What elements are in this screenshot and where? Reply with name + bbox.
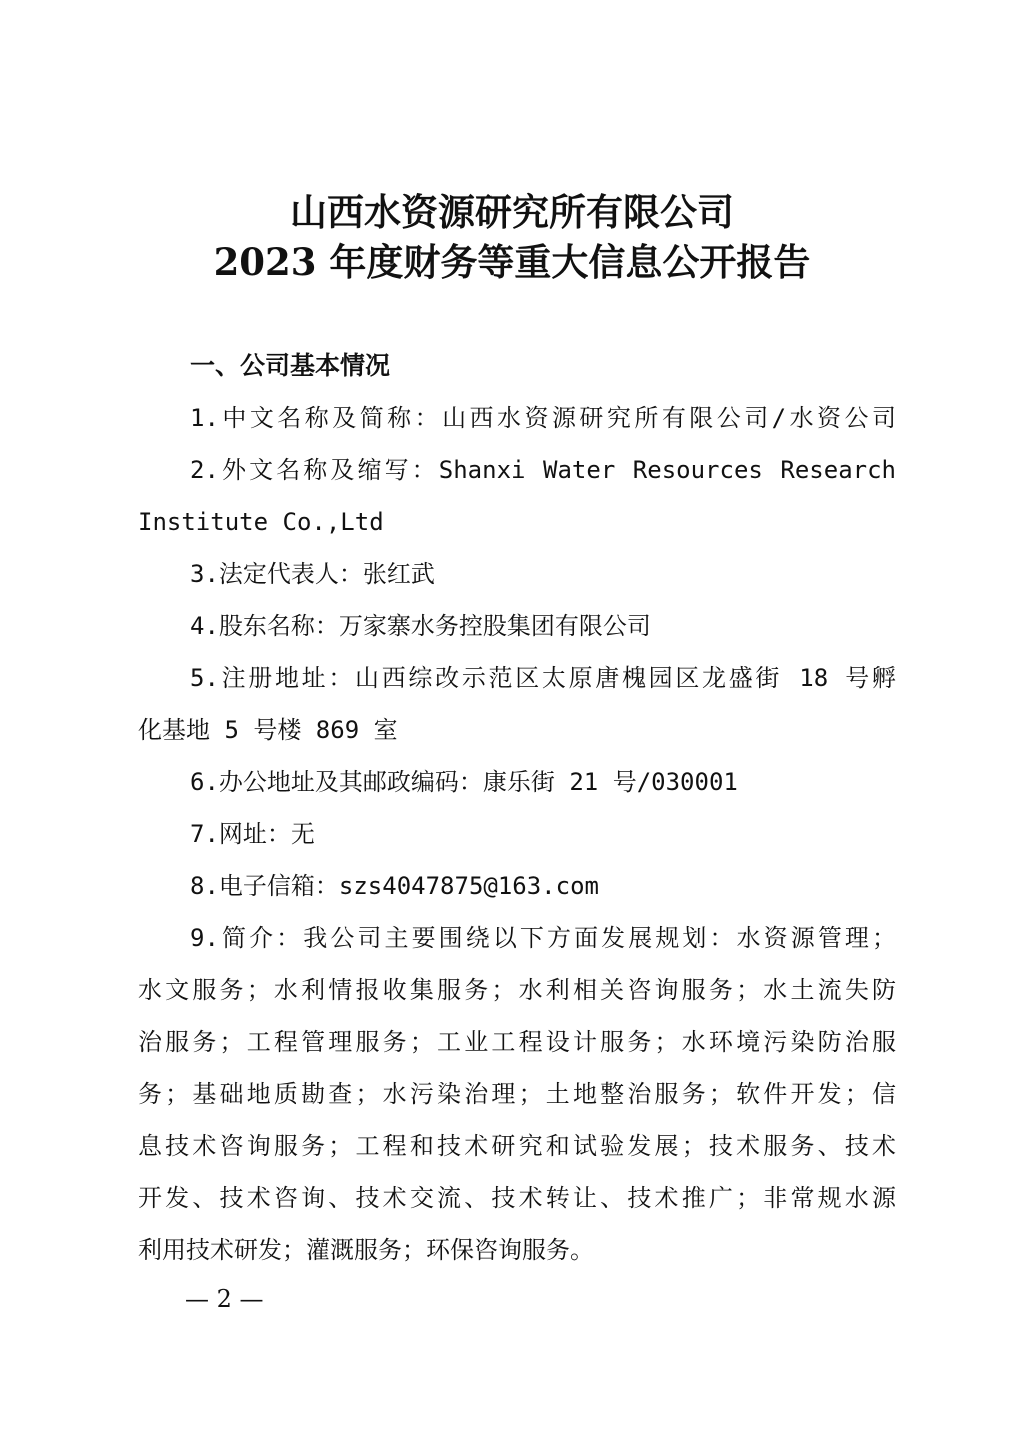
page-number: — 2 — (185, 1282, 264, 1316)
item-4-shareholder: 4.股东名称：万家寨水务控股集团有限公司 (190, 609, 651, 643)
item-5-registered-address-cont: 化基地 5 号楼 869 室 (138, 713, 398, 747)
document-title-line2: 2023 年度财务等重大信息公开报告 (0, 238, 1024, 286)
item-3-legal-rep: 3.法定代表人：张红武 (190, 557, 435, 591)
item-9-intro: 9.简介：我公司主要围绕以下方面发展规划：水资源管理； (190, 921, 896, 955)
item-7-website: 7.网址：无 (190, 817, 315, 851)
item-9-intro-cont: 务；基础地质勘查；水污染治理；土地整治服务；软件开发；信 (138, 1077, 896, 1111)
item-2-foreign-name-cont: Institute Co.,Ltd (138, 505, 384, 539)
item-5-registered-address: 5.注册地址：山西综改示范区太原唐槐园区龙盛街 18 号孵 (190, 661, 896, 695)
item-6-office-address: 6.办公地址及其邮政编码：康乐街 21 号/030001 (190, 765, 738, 799)
item-8-email: 8.电子信箱：szs4047875@163.com (190, 869, 599, 903)
item-9-intro-cont: 水文服务；水利情报收集服务；水利相关咨询服务；水土流失防 (138, 973, 896, 1007)
item-2-foreign-name: 2.外文名称及缩写：Shanxi Water Resources Researc… (190, 453, 896, 487)
item-9-intro-cont: 开发、技术咨询、技术交流、技术转让、技术推广；非常规水源 (138, 1181, 896, 1215)
item-9-intro-cont: 息技术咨询服务；工程和技术研究和试验发展；技术服务、技术 (138, 1129, 896, 1163)
document-page: 山西水资源研究所有限公司 2023 年度财务等重大信息公开报告 一、公司基本情况… (0, 0, 1024, 1448)
document-title-line1: 山西水资源研究所有限公司 (0, 188, 1024, 236)
section-heading: 一、公司基本情况 (190, 349, 390, 383)
item-9-intro-cont: 利用技术研发；灌溉服务；环保咨询服务。 (138, 1233, 594, 1267)
item-9-intro-cont: 治服务；工程管理服务；工业工程设计服务；水环境污染防治服 (138, 1025, 896, 1059)
item-1-chinese-name: 1.中文名称及简称：山西水资源研究所有限公司/水资公司 (190, 401, 896, 435)
